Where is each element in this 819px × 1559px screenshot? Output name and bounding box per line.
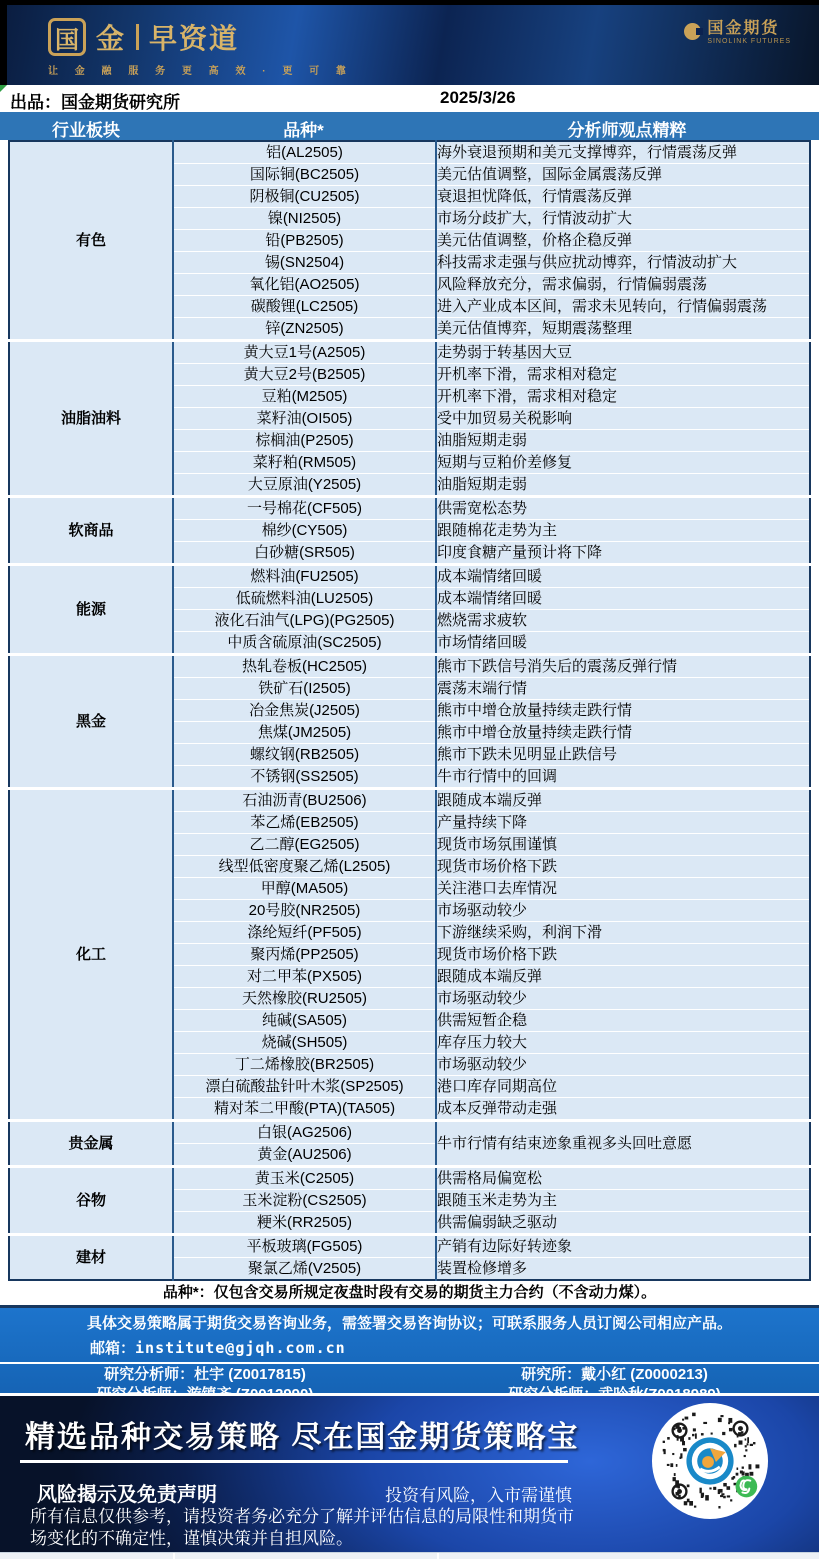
variety-cell: 黄大豆1号(A2505)	[173, 341, 436, 364]
opinion-cell: 供需格局偏宽松	[436, 1167, 810, 1190]
logo-jin: 金	[96, 17, 126, 57]
opinion-cell: 关注港口去库情况	[436, 878, 810, 900]
opinion-cell: 供需短暂企稳	[436, 1010, 810, 1032]
brand-logo: 国金期货 SINOLINK FUTURES	[684, 20, 791, 45]
variety-cell: 粳米(RR2505)	[173, 1212, 436, 1235]
opinion-cell: 成本端情绪回暖	[436, 588, 810, 610]
table-header-row: 行业板块 品种* 分析师观点精粹	[0, 112, 819, 140]
opinion-cell: 进入产业成本区间，需求未见转向，行情偏弱震荡	[436, 296, 810, 318]
variety-cell: 锡(SN2504)	[173, 252, 436, 274]
variety-cell: 镍(NI2505)	[173, 208, 436, 230]
strip-divider	[437, 1553, 439, 1559]
variety-cell: 线型低密度聚乙烯(L2505)	[173, 856, 436, 878]
opinion-cell: 受中加贸易关税影响	[436, 408, 810, 430]
opinion-cell: 走势弱于转基因大豆	[436, 341, 810, 364]
producer-label: 出品：国金期货研究所	[10, 88, 180, 113]
variety-cell: 国际铜(BC2505)	[173, 164, 436, 186]
opinion-cell: 燃烧需求疲软	[436, 610, 810, 632]
futures-table: 有色铝(AL2505)海外衰退预期和美元支撑博弈，行情震荡反弹国际铜(BC250…	[8, 140, 811, 1281]
opinion-cell: 美元估值调整，国际金属震荡反弹	[436, 164, 810, 186]
variety-cell: 一号棉花(CF505)	[173, 497, 436, 520]
opinion-cell: 市场驱动较少	[436, 988, 810, 1010]
email-line: 邮箱：institute@gjqh.com.cn	[90, 1337, 819, 1358]
opinion-cell: 装置检修增多	[436, 1258, 810, 1281]
risk-warning: 投资有风险，入市需谨慎	[385, 1481, 572, 1506]
variety-cell: 精对苯二甲酸(PTA)(TA505)	[173, 1098, 436, 1121]
opinion-cell: 科技需求走强与供应扰动博弈，行情波动扩大	[436, 252, 810, 274]
variety-cell: 白银(AG2506)	[173, 1121, 436, 1144]
variety-cell: 20号胶(NR2505)	[173, 900, 436, 922]
column-header-variety: 品种*	[172, 116, 435, 141]
opinion-cell: 印度食糖产量预计将下降	[436, 542, 810, 565]
opinion-cell: 现货市场价格下跌	[436, 944, 810, 966]
opinion-cell: 熊市下跌未见明显止跌信号	[436, 744, 810, 766]
variety-cell: 液化石油气(LPG)(PG2505)	[173, 610, 436, 632]
variety-cell: 铝(AL2505)	[173, 141, 436, 164]
opinion-cell: 开机率下滑，需求相对稳定	[436, 364, 810, 386]
opinion-cell: 供需宽松态势	[436, 497, 810, 520]
opinion-cell: 油脂短期走弱	[436, 430, 810, 452]
logo-separator	[136, 24, 139, 50]
variety-cell: 阴极铜(CU2505)	[173, 186, 436, 208]
qr-code	[651, 1402, 769, 1520]
variety-cell: 不锈钢(SS2505)	[173, 766, 436, 789]
variety-cell: 黄金(AU2506)	[173, 1144, 436, 1167]
futures-table-wrap: 有色铝(AL2505)海外衰退预期和美元支撑博弈，行情震荡反弹国际铜(BC250…	[8, 140, 811, 1281]
sector-cell: 贵金属	[9, 1121, 173, 1167]
variety-cell: 天然橡胶(RU2505)	[173, 988, 436, 1010]
opinion-cell: 美元估值博弈，短期震荡整理	[436, 318, 810, 341]
banner-top-edge	[0, 0, 819, 5]
variety-cell: 菜籽粕(RM505)	[173, 452, 436, 474]
opinion-cell: 油脂短期走弱	[436, 474, 810, 497]
opinion-cell: 成本反弹带动走强	[436, 1098, 810, 1121]
opinion-cell: 衰退担忧降低，行情震荡反弹	[436, 186, 810, 208]
variety-cell: 涤纶短纤(PF505)	[173, 922, 436, 944]
opinion-cell: 库存压力较大	[436, 1032, 810, 1054]
opinion-cell: 短期与豆粕价差修复	[436, 452, 810, 474]
column-header-opinion: 分析师观点精粹	[435, 116, 819, 141]
opinion-cell: 开机率下滑，需求相对稳定	[436, 386, 810, 408]
contact-section: 具体交易策略属于期货交易咨询业务，需签署交易咨询协议；可联系服务人员订阅公司相应…	[0, 1308, 819, 1396]
variety-cell: 锌(ZN2505)	[173, 318, 436, 341]
email-label: 邮箱：	[90, 1340, 135, 1357]
variety-cell: 燃料油(FU2505)	[173, 565, 436, 588]
column-header-sector: 行业板块	[0, 116, 172, 141]
variety-cell: 聚氯乙烯(V2505)	[173, 1258, 436, 1281]
logo-guo-box: 国	[48, 18, 86, 56]
variety-cell: 冶金焦炭(J2505)	[173, 700, 436, 722]
opinion-cell: 市场情绪回暖	[436, 632, 810, 655]
logo: 国 金 早资道	[48, 17, 239, 57]
disclaimer-body: 所有信息仅供参考，请投资者务必充分了解并评估信息的局限性和期货市场变化的不确定性…	[30, 1506, 590, 1550]
sector-cell: 谷物	[9, 1167, 173, 1235]
opinion-cell: 熊市下跌信号消失后的震荡反弹行情	[436, 655, 810, 678]
promo-banner: 精选品种交易策略 尽在国金期货策略宝 风险揭示及免责声明 投资有风险，入市需谨慎…	[0, 1396, 819, 1552]
opinion-cell: 跟随玉米走势为主	[436, 1190, 810, 1212]
variety-cell: 豆粕(M2505)	[173, 386, 436, 408]
opinion-cell: 现货市场氛围谨慎	[436, 834, 810, 856]
variety-cell: 低硫燃料油(LU2505)	[173, 588, 436, 610]
variety-cell: 烧碱(SH505)	[173, 1032, 436, 1054]
disclaimer-title: 风险揭示及免责声明	[37, 1478, 217, 1507]
brand-name: 国金期货	[707, 20, 791, 38]
opinion-cell: 牛市行情有结束迹象重视多头回吐意愿	[436, 1121, 810, 1167]
sector-cell: 黑金	[9, 655, 173, 789]
variety-cell: 玉米淀粉(CS2505)	[173, 1190, 436, 1212]
opinion-cell: 供需偏弱缺乏驱动	[436, 1212, 810, 1235]
variety-cell: 碳酸锂(LC2505)	[173, 296, 436, 318]
opinion-cell: 美元估值调整，价格企稳反弹	[436, 230, 810, 252]
bottom-strip	[0, 1552, 819, 1559]
variety-cell: 氧化铝(AO2505)	[173, 274, 436, 296]
variety-cell: 黄大豆2号(B2505)	[173, 364, 436, 386]
top-banner: 国 金 早资道 让 金 融 服 务 更 高 效 · 更 可 靠 国金期货 SIN…	[0, 0, 819, 85]
logo-tagline: 让 金 融 服 务 更 高 效 · 更 可 靠	[48, 62, 353, 77]
variety-cell: 丁二烯橡胶(BR2505)	[173, 1054, 436, 1076]
report-page: 国 金 早资道 让 金 融 服 务 更 高 效 · 更 可 靠 国金期货 SIN…	[0, 0, 819, 1559]
variety-cell: 甲醇(MA505)	[173, 878, 436, 900]
variety-cell: 平板玻璃(FG505)	[173, 1235, 436, 1258]
promo-divider	[20, 1460, 568, 1463]
opinion-cell: 市场驱动较少	[436, 900, 810, 922]
opinion-cell: 跟随棉花走势为主	[436, 520, 810, 542]
email-address: institute@gjqh.com.cn	[135, 1339, 346, 1357]
opinion-cell: 成本端情绪回暖	[436, 565, 810, 588]
variety-cell: 热轧卷板(HC2505)	[173, 655, 436, 678]
variety-cell: 聚丙烯(PP2505)	[173, 944, 436, 966]
variety-cell: 中质含硫原油(SC2505)	[173, 632, 436, 655]
promo-title: 精选品种交易策略 尽在国金期货策略宝	[25, 1412, 579, 1456]
footnote-row: 品种*：仅包含交易所规定夜盘时段有交易的期货主力合约（不含动力煤）。	[0, 1281, 819, 1308]
meta-row: 出品：国金期货研究所 2025/3/26	[0, 85, 819, 112]
opinion-cell: 牛市行情中的回调	[436, 766, 810, 789]
opinion-cell: 跟随成本端反弹	[436, 789, 810, 812]
sector-cell: 有色	[9, 141, 173, 341]
brand-circle-icon	[684, 23, 701, 40]
sector-cell: 软商品	[9, 497, 173, 565]
variety-cell: 铁矿石(I2505)	[173, 678, 436, 700]
variety-cell: 苯乙烯(EB2505)	[173, 812, 436, 834]
opinion-cell: 熊市中增仓放量持续走跌行情	[436, 722, 810, 744]
variety-cell: 白砂糖(SR505)	[173, 542, 436, 565]
variety-cell: 螺纹钢(RB2505)	[173, 744, 436, 766]
corner-marker	[0, 85, 7, 92]
opinion-cell: 下游继续采购，利润下滑	[436, 922, 810, 944]
analyst-cell: 研究所：戴小红 (Z0000213)	[410, 1364, 819, 1384]
opinion-cell: 市场驱动较少	[436, 1054, 810, 1076]
logo-product-name: 早资道	[149, 17, 239, 57]
variety-cell: 纯碱(SA505)	[173, 1010, 436, 1032]
opinion-cell: 震荡末端行情	[436, 678, 810, 700]
sector-cell: 油脂油料	[9, 341, 173, 497]
analyst-cell: 研究分析师：杜宇 (Z0017815)	[0, 1364, 410, 1384]
variety-cell: 焦煤(JM2505)	[173, 722, 436, 744]
variety-cell: 对二甲苯(PX505)	[173, 966, 436, 988]
banner-left-edge	[0, 0, 7, 85]
variety-cell: 石油沥青(BU2506)	[173, 789, 436, 812]
opinion-cell: 产销有边际好转迹象	[436, 1235, 810, 1258]
advisory-note: 具体交易策略属于期货交易咨询业务，需签署交易咨询协议；可联系服务人员订阅公司相应…	[0, 1308, 819, 1333]
report-date: 2025/3/26	[440, 88, 516, 108]
variety-cell: 大豆原油(Y2505)	[173, 474, 436, 497]
variety-cell: 菜籽油(OI505)	[173, 408, 436, 430]
opinion-cell: 海外衰退预期和美元支撑博弈，行情震荡反弹	[436, 141, 810, 164]
variety-cell: 铅(PB2505)	[173, 230, 436, 252]
variety-cell: 乙二醇(EG2505)	[173, 834, 436, 856]
sector-cell: 化工	[9, 789, 173, 1121]
variety-cell: 漂白硫酸盐针叶木浆(SP2505)	[173, 1076, 436, 1098]
brand-subtitle: SINOLINK FUTURES	[707, 38, 791, 45]
opinion-cell: 市场分歧扩大，行情波动扩大	[436, 208, 810, 230]
variety-cell: 棕榈油(P2505)	[173, 430, 436, 452]
sector-cell: 建材	[9, 1235, 173, 1281]
opinion-cell: 产量持续下降	[436, 812, 810, 834]
opinion-cell: 风险释放充分，需求偏弱，行情偏弱震荡	[436, 274, 810, 296]
strip-divider	[173, 1553, 175, 1559]
variety-cell: 棉纱(CY505)	[173, 520, 436, 542]
opinion-cell: 港口库存同期高位	[436, 1076, 810, 1098]
opinion-cell: 熊市中增仓放量持续走跌行情	[436, 700, 810, 722]
opinion-cell: 跟随成本端反弹	[436, 966, 810, 988]
opinion-cell: 现货市场价格下跌	[436, 856, 810, 878]
variety-cell: 黄玉米(C2505)	[173, 1167, 436, 1190]
sector-cell: 能源	[9, 565, 173, 655]
